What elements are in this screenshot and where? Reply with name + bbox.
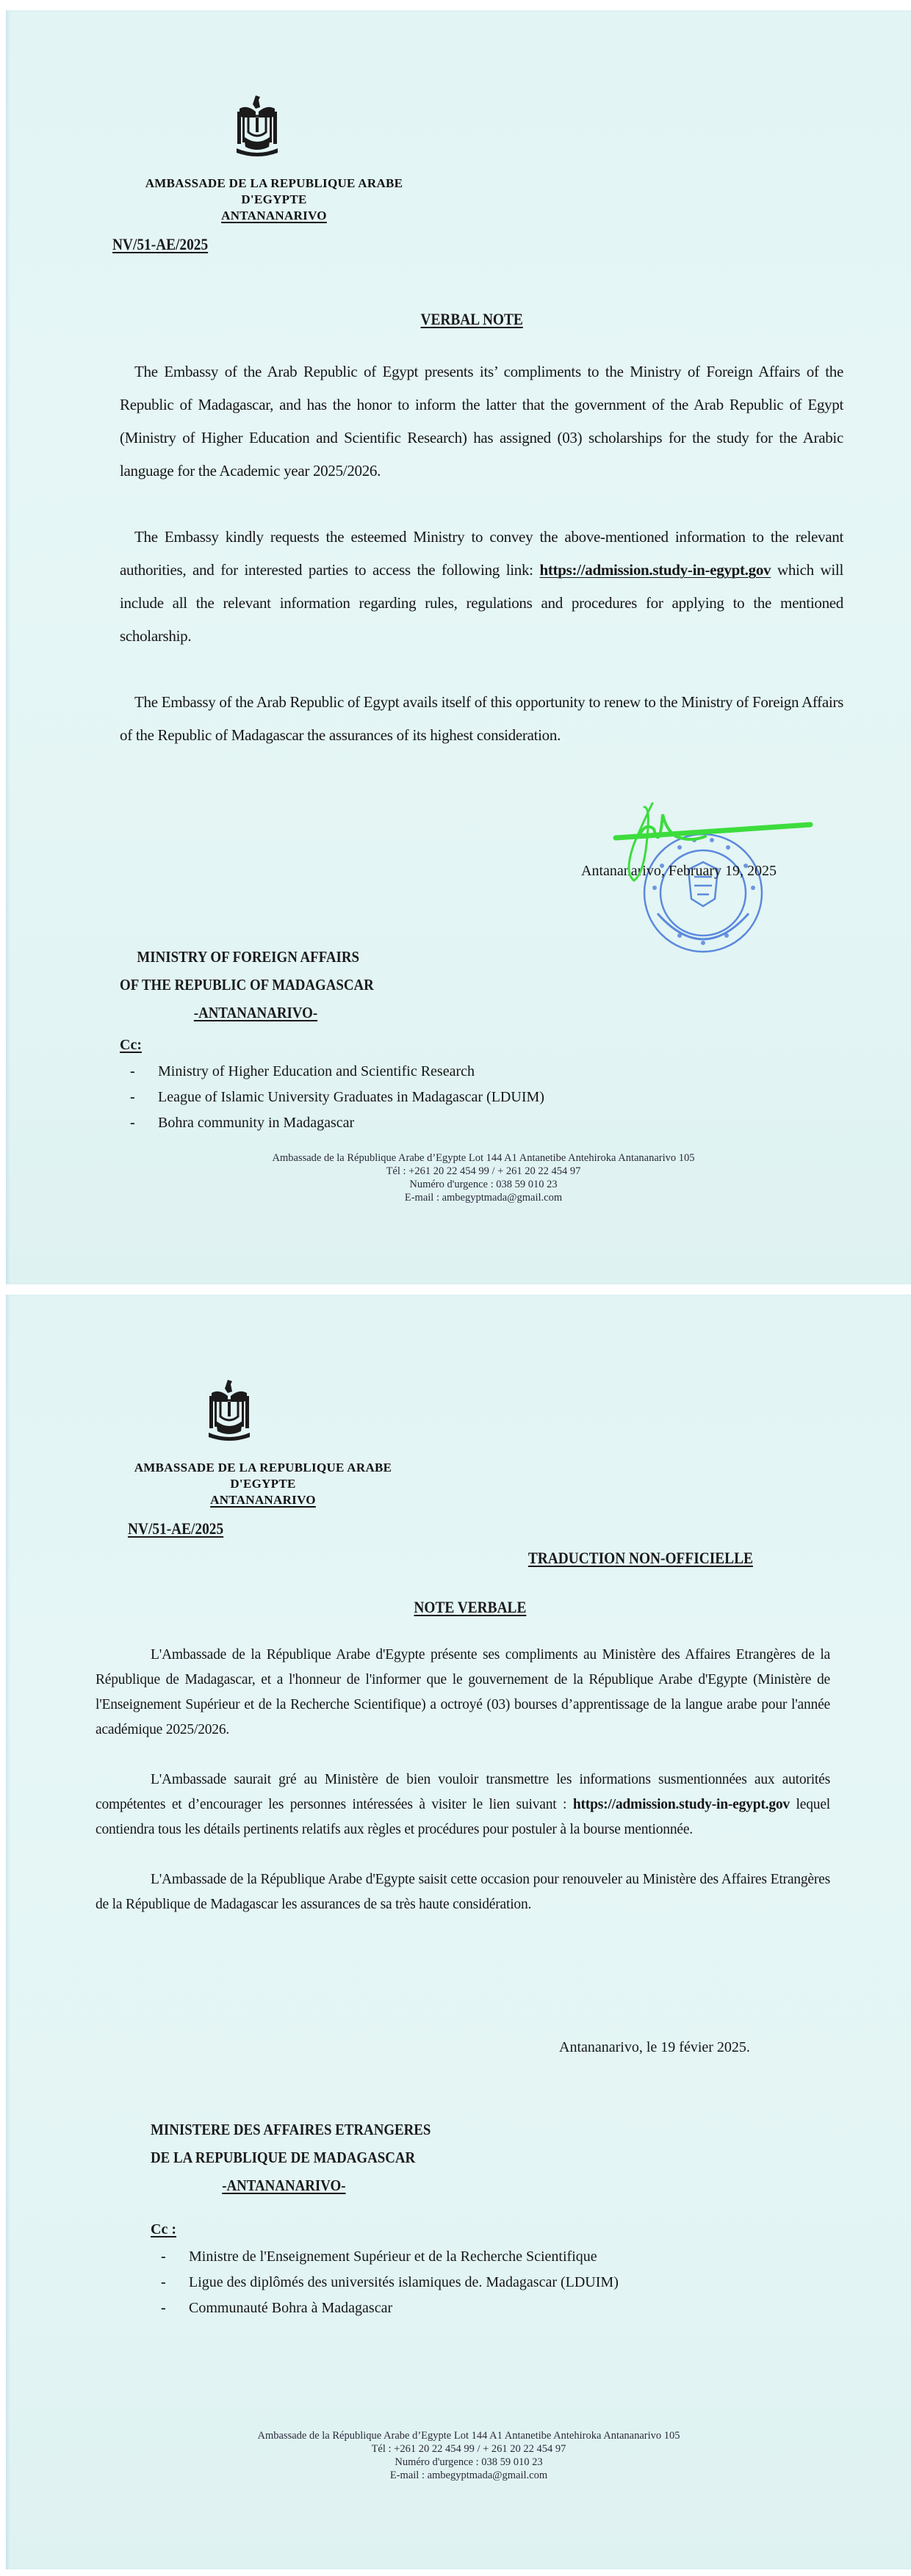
page-french: AMBASSADE DE LA REPUBLIQUE ARABE D'EGYPT… [6,1295,911,2569]
recipient-city: -ANTANANARIVO- [194,999,374,1027]
eagle-emblem-icon [206,1377,253,1444]
eagle-emblem-icon [234,93,281,160]
body-text: The Embassy of the Arab Republic of Egyp… [120,355,843,752]
cc-label: Cc: [120,1037,142,1054]
letterhead-city: ANTANANARIVO [210,1493,316,1507]
document-title: NOTE VERBALE [414,1598,526,1617]
footer-emergency: Numéro d'urgence : 038 59 010 23 [153,1178,814,1191]
letterhead-line2: D'EGYPTE [116,192,432,208]
signature-icon [601,785,821,888]
paragraph-2: The Embassy kindly requests the esteemed… [120,521,843,653]
admission-link[interactable]: https://admission.study-in-egypt.gov [573,1797,790,1812]
cc-item: Ligue des diplômés des universités islam… [151,2270,619,2295]
recipient-line2: OF THE REPUBLIC OF MADAGASCAR [120,971,374,999]
footer-address: Ambassade de la République Arabe d’Egypt… [138,2429,799,2442]
admission-link[interactable]: https://admission.study-in-egypt.gov [539,561,771,579]
cc-item: Ministry of Higher Education and Scienti… [120,1059,544,1085]
footer-email: E-mail : ambegyptmada@gmail.com [153,1191,814,1204]
letterhead-city: ANTANANARIVO [221,209,327,222]
translation-label: TRADUCTION NON-OFFICIELLE [528,1549,753,1568]
recipient-line1: MINISTERE DES AFFAIRES ETRANGERES [151,2116,431,2143]
footer-emergency: Numéro d'urgence : 038 59 010 23 [138,2456,799,2469]
recipient-line2: DE LA REPUBLIQUE DE MADAGASCAR [151,2143,431,2171]
cc-item: Communauté Bohra à Madagascar [151,2295,619,2321]
footer: Ambassade de la République Arabe d’Egypt… [153,1151,814,1204]
footer-phone: Tél : +261 20 22 454 99 / + 261 20 22 45… [138,2442,799,2456]
letterhead-line1: AMBASSADE DE LA REPUBLIQUE ARABE [90,1460,436,1476]
letterhead: AMBASSADE DE LA REPUBLIQUE ARABE D'EGYPT… [90,1460,436,1508]
date-line: Antananarivo, le 19 févier 2025. [559,2039,750,2056]
document-title: VERBAL NOTE [420,310,522,329]
reference-number: NV/51-AE/2025 [112,235,208,254]
footer-email: E-mail : ambegyptmada@gmail.com [138,2469,799,2482]
recipient-block: MINISTERE DES AFFAIRES ETRANGERES DE LA … [151,2116,431,2199]
paragraph-3: L'Ambassade de la République Arabe d'Egy… [96,1867,830,1917]
page-english: AMBASSADE DE LA REPUBLIQUE ARABE D'EGYPT… [6,10,911,1284]
footer-phone: Tél : +261 20 22 454 99 / + 261 20 22 45… [153,1165,814,1178]
paragraph-2: L'Ambassade saurait gré au Ministère de … [96,1768,830,1842]
cc-item: League of Islamic University Graduates i… [120,1085,544,1110]
letterhead-line1: AMBASSADE DE LA REPUBLIQUE ARABE [116,176,432,192]
cc-label: Cc : [151,2221,176,2238]
recipient-line1: MINISTRY OF FOREIGN AFFAIRS [120,943,374,971]
recipient-block: MINISTRY OF FOREIGN AFFAIRS OF THE REPUB… [120,943,374,1027]
footer-address: Ambassade de la République Arabe d’Egypt… [153,1151,814,1165]
recipient-city: -ANTANANARIVO- [222,2171,431,2199]
cc-item: Bohra community in Madagascar [120,1110,544,1136]
body-text: L'Ambassade de la République Arabe d'Egy… [96,1643,830,1917]
cc-item: Ministre de l'Enseignement Supérieur et … [151,2244,619,2270]
letterhead: AMBASSADE DE LA REPUBLIQUE ARABE D'EGYPT… [116,176,432,224]
footer: Ambassade de la République Arabe d’Egypt… [138,2429,799,2482]
paragraph-1: L'Ambassade de la République Arabe d'Egy… [96,1643,830,1743]
cc-list: Ministre de l'Enseignement Supérieur et … [151,2244,619,2321]
reference-number: NV/51-AE/2025 [128,1519,223,1538]
paragraph-1: The Embassy of the Arab Republic of Egyp… [120,355,843,488]
letterhead-line2: D'EGYPTE [90,1476,436,1492]
paragraph-3: The Embassy of the Arab Republic of Egyp… [120,686,843,752]
cc-list: Ministry of Higher Education and Scienti… [120,1059,544,1136]
